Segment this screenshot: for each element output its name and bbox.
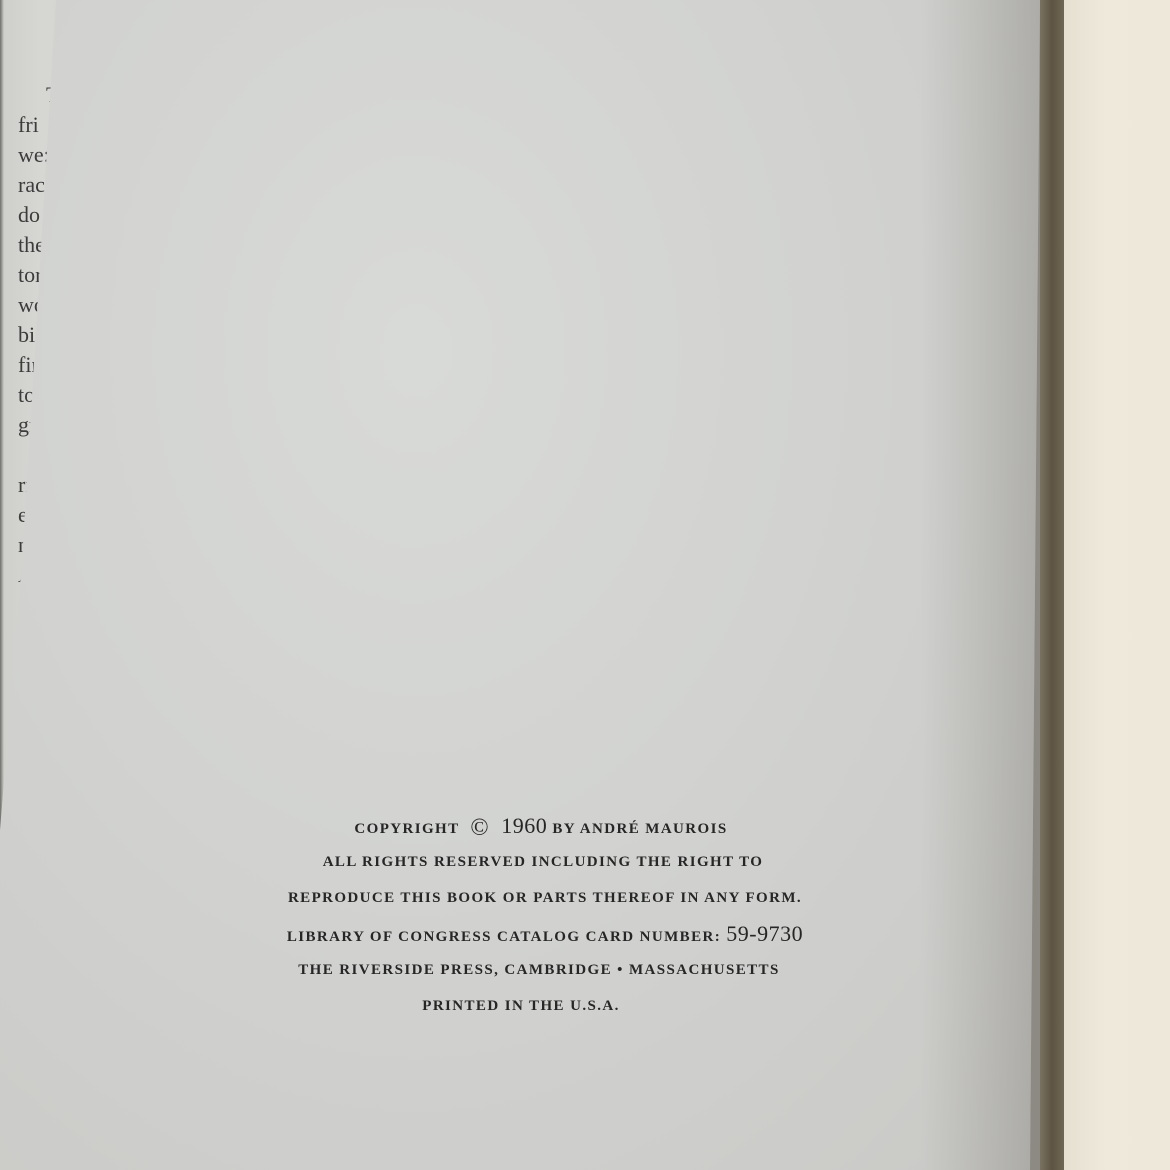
catalog-label: LIBRARY OF CONGRESS CATALOG CARD NUMBER:	[287, 929, 721, 945]
reproduce-line: REPRODUCE THIS BOOK OR PARTS THEREOF IN …	[220, 880, 870, 916]
copyright-symbol-icon: ©	[470, 810, 490, 846]
book-photo: Tfriwe:racdothetorwobisfintogrrierniAA“m…	[0, 0, 1170, 1170]
copyright-page: COPYRIGHT © 1960 BY ANDRÉ MAUROIS ALL RI…	[0, 0, 1040, 1170]
copyright-author: BY ANDRÉ MAUROIS	[552, 821, 727, 837]
copyright-label: COPYRIGHT	[354, 821, 459, 837]
copyright-notice: COPYRIGHT © 1960 BY ANDRÉ MAUROIS ALL RI…	[220, 808, 870, 1024]
catalog-number: 59-9730	[726, 921, 803, 946]
copyright-year: 1960	[501, 813, 547, 838]
publisher-line: THE RIVERSIDE PRESS, CAMBRIDGE • MASSACH…	[214, 952, 864, 988]
page-gutter-shadow	[1040, 0, 1064, 1170]
right-page-edge	[1064, 0, 1170, 1170]
rights-line: ALL RIGHTS RESERVED INCLUDING THE RIGHT …	[218, 844, 868, 880]
copyright-line: COPYRIGHT © 1960 BY ANDRÉ MAUROIS	[216, 808, 866, 844]
printed-line: PRINTED IN THE U.S.A.	[196, 988, 846, 1024]
catalog-line: LIBRARY OF CONGRESS CATALOG CARD NUMBER:…	[220, 916, 870, 952]
